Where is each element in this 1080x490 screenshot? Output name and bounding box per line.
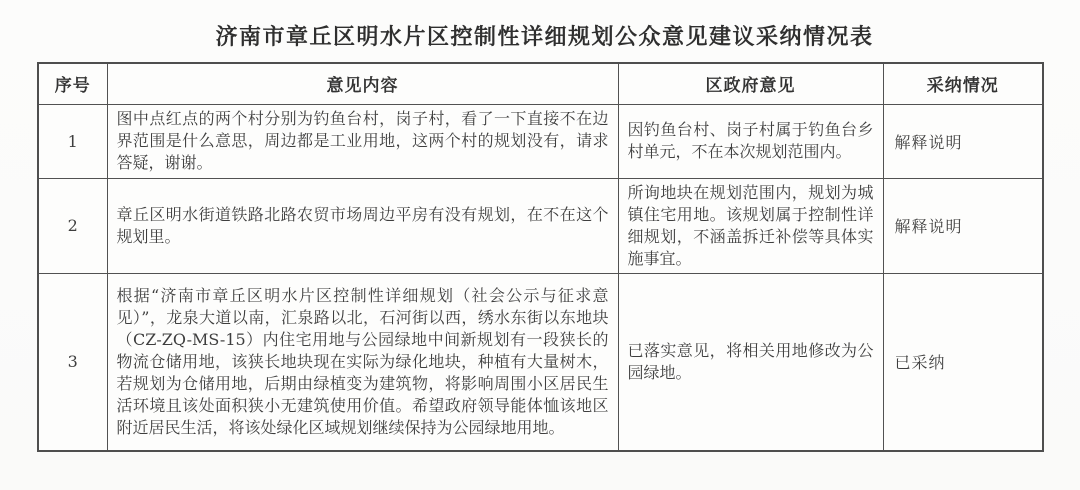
gov-opinion: 因钓鱼台村、岗子村属于钓鱼台乡村单元，不在本次规划范围内。 [618, 104, 883, 178]
table-row: 3 根据“济南市章丘区明水片区控制性详细规划（社会公示与征求意见）”，龙泉大道以… [38, 273, 1043, 451]
gov-opinion: 已落实意见，将相关用地修改为公园绿地。 [618, 273, 883, 451]
table-row: 1 图中点红点的两个村分别为钓鱼台村，岗子村，看了一下直接不在边界范围是什么意思… [38, 104, 1043, 178]
row-no: 3 [38, 273, 107, 451]
adoption-status: 解释说明 [883, 104, 1043, 178]
page-title: 济南市章丘区明水片区控制性详细规划公众意见建议采纳情况表 [42, 24, 1047, 50]
row-no: 2 [38, 178, 107, 273]
opinion-content: 根据“济南市章丘区明水片区控制性详细规划（社会公示与征求意见）”，龙泉大道以南，… [107, 273, 618, 451]
opinion-content: 章丘区明水街道铁路北路农贸市场周边平房有没有规划，在不在这个规划里。 [107, 178, 618, 273]
gov-opinion: 所询地块在规划范围内，规划为城镇住宅用地。该规划属于控制性详细规划，不涵盖拆迁补… [618, 178, 883, 273]
adoption-status: 已采纳 [883, 273, 1043, 451]
col-header-content: 意见内容 [107, 63, 618, 104]
table-row: 2 章丘区明水街道铁路北路农贸市场周边平房有没有规划，在不在这个规划里。 所询地… [38, 178, 1043, 273]
opinion-content: 图中点红点的两个村分别为钓鱼台村，岗子村，看了一下直接不在边界范围是什么意思，周… [107, 104, 618, 178]
document-page: 济南市章丘区明水片区控制性详细规划公众意见建议采纳情况表 序号 意见内容 区政府… [0, 0, 1080, 490]
col-header-no: 序号 [38, 63, 107, 104]
col-header-adoption: 采纳情况 [883, 63, 1043, 104]
row-no: 1 [38, 104, 107, 178]
col-header-gov-opinion: 区政府意见 [618, 63, 883, 104]
adoption-status: 解释说明 [883, 178, 1043, 273]
adoption-table: 序号 意见内容 区政府意见 采纳情况 1 图中点红点的两个村分别为钓鱼台村，岗子… [37, 62, 1044, 452]
table-header-row: 序号 意见内容 区政府意见 采纳情况 [38, 63, 1043, 104]
